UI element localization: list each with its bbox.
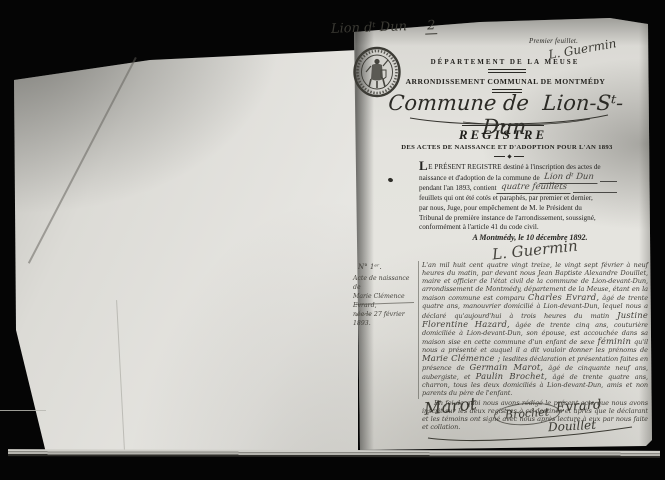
margin-line: Acte de naissance de — [353, 274, 419, 292]
blank-rule — [573, 192, 617, 193]
page-stack-edge — [8, 449, 660, 458]
drop-cap: L — [419, 158, 428, 173]
preamble-line: par nous, Juge, pour empêchement de M. l… — [419, 204, 617, 214]
subtitle-ornament — [494, 155, 524, 158]
margin-line: Marie Clémence Evrard, — [353, 292, 419, 310]
act-margin-title: Acte de naissance de Marie Clémence Evra… — [353, 274, 419, 328]
preamble-line: Tribunal de première instance de l'arron… — [419, 214, 617, 224]
feuillets-fill-handwritten: quatre feuillets — [496, 183, 571, 194]
preamble-line: feuillets qui ont été cotés et paraphés,… — [419, 194, 617, 204]
signature-flourish — [424, 424, 636, 444]
blank-rule — [600, 181, 617, 182]
top-note-number: 2 — [425, 18, 438, 34]
registre-subtitle: DES ACTES DE NAISSANCE ET D'ADOPTION POU… — [392, 144, 622, 151]
department-heading: DÉPARTEMENT DE LA MEUSE — [400, 58, 610, 66]
sex-word: féminin — [598, 336, 632, 346]
arrondissement-heading: ARRONDISSEMENT COMMUNAL DE MONTMÉDY — [393, 77, 618, 86]
act-margin-rule — [418, 261, 419, 399]
scan-artifact-line — [0, 410, 46, 411]
top-note-text: Lion dᵗ Dun — [331, 19, 407, 37]
act-number: N° 1ᵉʳ. — [358, 263, 382, 271]
register-scan-photo: Lion dᵗ Dun 2 Premier feuillet. L. Guerm… — [0, 0, 665, 480]
commune-label-script: Commune de — [388, 91, 530, 115]
preamble-line: pendant l'an 1893, contient quatre feuil… — [419, 183, 617, 194]
declarant-name: Charles Evrard, — [528, 292, 599, 302]
act-paragraph: L'an mil huit cent quatre vingt treize, … — [422, 261, 648, 398]
preamble-line: conformément à l'article 41 du code civi… — [419, 223, 617, 233]
signature-declarant: Evrard — [556, 397, 602, 415]
registre-title: REGISTRE — [430, 127, 576, 143]
register-preamble: LE PRÉSENT REGISTRE destiné à l'inscript… — [419, 162, 617, 233]
witness2-name: Paulin Brochet, — [476, 371, 548, 381]
department-rule — [488, 69, 526, 73]
paraph-mark — [356, 312, 372, 319]
